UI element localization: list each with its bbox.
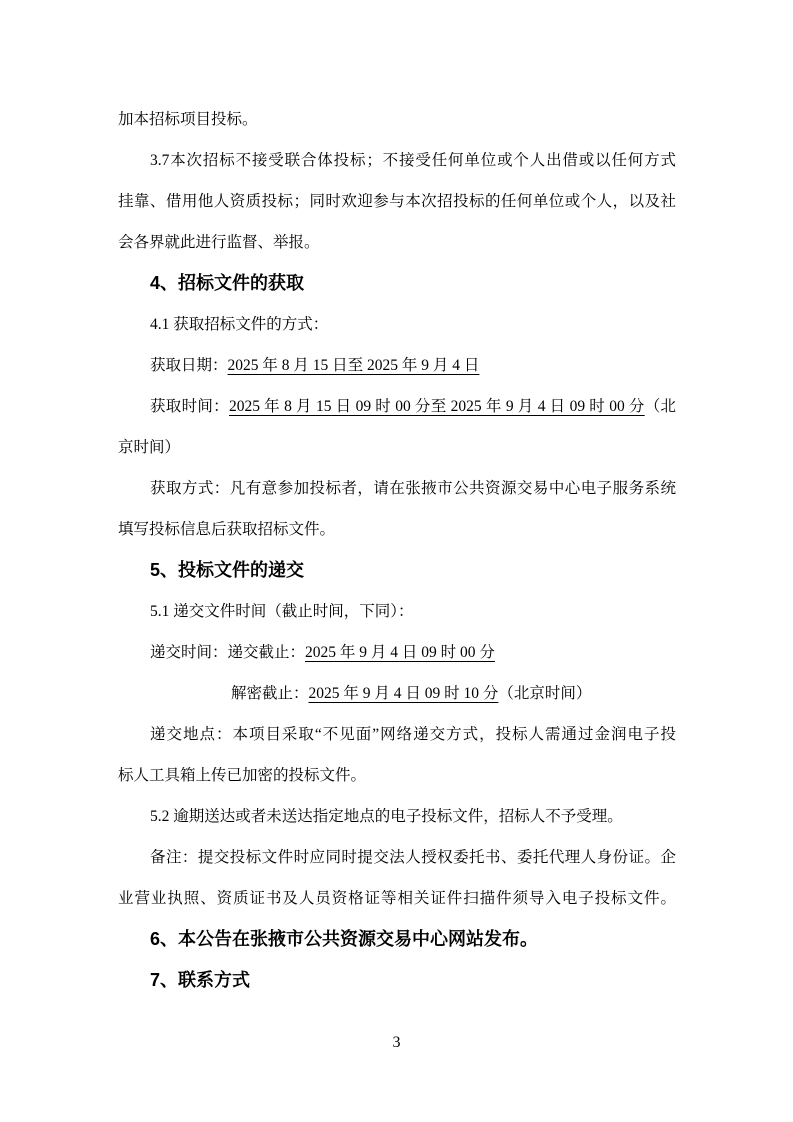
document-line: 解密截止：2025 年 9 月 4 日 09 时 10 分（北京时间）	[231, 673, 676, 714]
text-segment: 3.7本次招标不接受联合体投标；不接受任何单位或个人出借或以任何方式	[150, 152, 676, 169]
text-segment: （北	[645, 398, 676, 415]
page-number: 3	[0, 1033, 793, 1053]
text-segment: 4.1 获取招标文件的方式：	[150, 316, 328, 333]
text-segment: 解密截止：	[231, 685, 309, 702]
text-segment: 6、本公告在张掖市公共资源交易中心网站发布。	[150, 929, 538, 949]
text-segment: 标人工具箱上传已加密的投标文件。	[118, 767, 366, 784]
document-page: 加本招标项目投标。3.7本次招标不接受联合体投标；不接受任何单位或个人出借或以任…	[0, 0, 793, 1122]
text-segment: 递交地点：本项目采取“不见面”网络递交方式，投标人需通过金润电子投	[150, 726, 676, 743]
text-segment: 7、联系方式	[150, 970, 250, 990]
text-segment: 递交时间：递交截止：	[150, 644, 305, 661]
document-content: 加本招标项目投标。3.7本次招标不接受联合体投标；不接受任何单位或个人出借或以任…	[118, 99, 676, 1001]
underlined-value: 2025 年 9 月 4 日 09 时 10 分	[309, 685, 499, 702]
text-segment: 加本招标项目投标。	[118, 111, 258, 128]
section-heading: 6、本公告在张掖市公共资源交易中心网站发布。	[150, 919, 676, 960]
text-segment: 获取方式：凡有意参加投标者，请在张掖市公共资源交易中心电子服务系统	[150, 480, 676, 497]
text-segment: 5.1 递交文件时间（截止时间，下同）：	[150, 603, 414, 620]
document-line: 挂靠、借用他人资质投标；同时欢迎参与本次招投标的任何单位或个人，以及社	[118, 181, 676, 222]
document-line: 填写投标信息后获取招标文件。	[118, 509, 676, 550]
text-segment: 获取日期：	[150, 357, 228, 374]
document-line: 3.7本次招标不接受联合体投标；不接受任何单位或个人出借或以任何方式	[150, 140, 676, 181]
text-segment: 4、招标文件的获取	[150, 273, 304, 293]
text-segment: 填写投标信息后获取招标文件。	[118, 521, 335, 538]
document-line: 加本招标项目投标。	[118, 99, 676, 140]
underlined-value: 2025 年 8 月 15 日 09 时 00 分至 2025 年 9 月 4 …	[229, 398, 645, 415]
document-line: 5.1 递交文件时间（截止时间，下同）：	[150, 591, 676, 632]
document-line: 备注：提交投标文件时应同时提交法人授权委托书、委托代理人身份证。企	[150, 837, 676, 878]
underlined-value: 2025 年 9 月 4 日 09 时 00 分	[305, 644, 495, 661]
document-line: 获取方式：凡有意参加投标者，请在张掖市公共资源交易中心电子服务系统	[150, 468, 676, 509]
underlined-value: 2025 年 8 月 15 日至 2025 年 9 月 4 日	[228, 357, 480, 374]
section-heading: 7、联系方式	[150, 960, 676, 1001]
document-line: 会各界就此进行监督、举报。	[118, 222, 676, 263]
section-heading: 4、招标文件的获取	[150, 263, 676, 304]
text-segment: （北京时间）	[498, 685, 591, 702]
document-line: 递交时间：递交截止：2025 年 9 月 4 日 09 时 00 分	[150, 632, 676, 673]
text-segment: 京时间）	[118, 439, 180, 456]
text-segment: 挂靠、借用他人资质投标；同时欢迎参与本次招投标的任何单位或个人，以及社	[118, 193, 676, 210]
text-segment: 5、投标文件的递交	[150, 560, 304, 580]
text-segment: 获取时间：	[150, 398, 229, 415]
document-line: 递交地点：本项目采取“不见面”网络递交方式，投标人需通过金润电子投	[150, 714, 676, 755]
text-segment: 5.2 逾期送达或者未送达指定地点的电子投标文件，招标人不予受理。	[150, 808, 623, 825]
document-line: 获取时间：2025 年 8 月 15 日 09 时 00 分至 2025 年 9…	[150, 386, 676, 427]
text-segment: 业营业执照、资质证书及人员资格证等相关证件扫描件须导入电子投标文件。	[118, 890, 676, 907]
section-heading: 5、投标文件的递交	[150, 550, 676, 591]
document-line: 标人工具箱上传已加密的投标文件。	[118, 755, 676, 796]
text-segment: 会各界就此进行监督、举报。	[118, 234, 320, 251]
text-segment: 备注：提交投标文件时应同时提交法人授权委托书、委托代理人身份证。企	[150, 849, 676, 866]
document-line: 5.2 逾期送达或者未送达指定地点的电子投标文件，招标人不予受理。	[150, 796, 676, 837]
document-line: 获取日期：2025 年 8 月 15 日至 2025 年 9 月 4 日	[150, 345, 676, 386]
document-line: 京时间）	[118, 427, 676, 468]
document-line: 业营业执照、资质证书及人员资格证等相关证件扫描件须导入电子投标文件。	[118, 878, 676, 919]
document-line: 4.1 获取招标文件的方式：	[150, 304, 676, 345]
